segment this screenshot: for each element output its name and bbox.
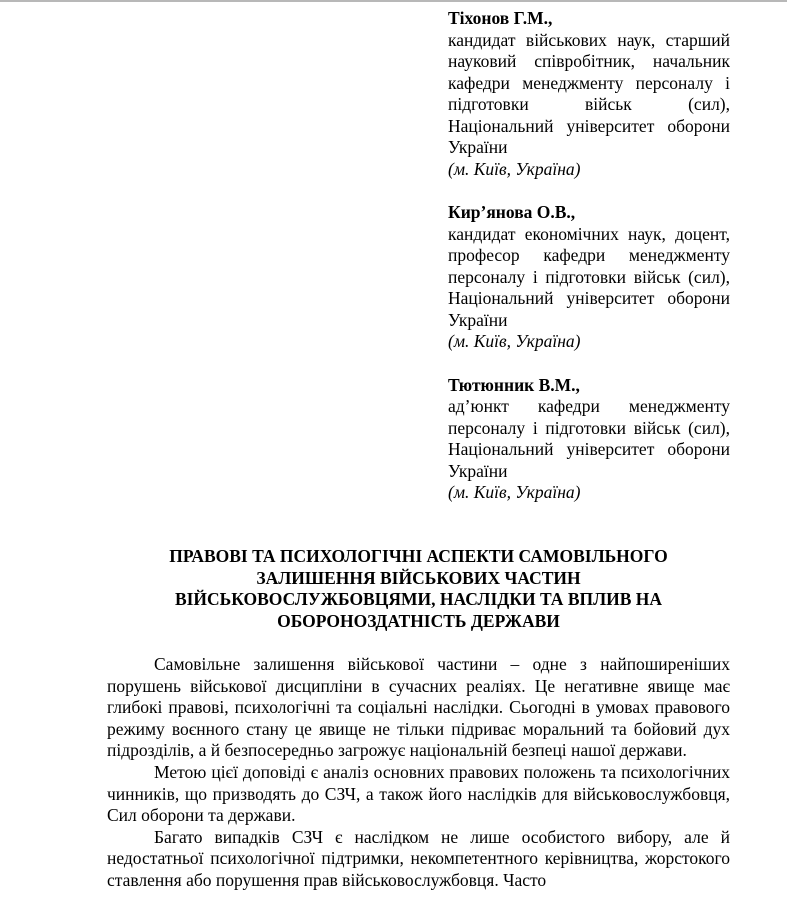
author-entry: Тіхонов Г.М., кандидат військових наук, … xyxy=(448,8,730,180)
title-line: ВІЙСЬКОВОСЛУЖБОВЦЯМИ, НАСЛІДКИ ТА ВПЛИВ … xyxy=(107,589,730,611)
author-affiliation: ад’юнкт кафедри менеджменту персоналу і … xyxy=(448,396,730,482)
title-line: ОБОРОНОЗДАТНІСТЬ ДЕРЖАВИ xyxy=(107,611,730,633)
author-affiliation: кандидат економічних наук, доцент, профе… xyxy=(448,224,730,332)
author-name: Кир’янова О.В., xyxy=(448,202,730,224)
author-entry: Тютюнник В.М., ад’юнкт кафедри менеджмен… xyxy=(448,375,730,504)
author-entry: Кир’янова О.В., кандидат економічних нау… xyxy=(448,202,730,353)
body-text: Самовільне залишення військової частини … xyxy=(107,654,730,892)
author-name: Тіхонов Г.М., xyxy=(448,8,730,30)
author-location: (м. Київ, Україна) xyxy=(448,159,730,181)
author-affiliation: кандидат військових наук, старший науков… xyxy=(448,30,730,159)
authors-block: Тіхонов Г.М., кандидат військових наук, … xyxy=(448,8,730,526)
page-top-border xyxy=(0,0,787,2)
paragraph: Багато випадків СЗЧ є наслідком не лише … xyxy=(107,827,730,892)
author-name: Тютюнник В.М., xyxy=(448,375,730,397)
paragraph: Самовільне залишення військової частини … xyxy=(107,654,730,762)
title-line: ПРАВОВІ ТА ПСИХОЛОГІЧНІ АСПЕКТИ САМОВІЛЬ… xyxy=(107,546,730,568)
author-location: (м. Київ, Україна) xyxy=(448,482,730,504)
author-location: (м. Київ, Україна) xyxy=(448,331,730,353)
paper-title: ПРАВОВІ ТА ПСИХОЛОГІЧНІ АСПЕКТИ САМОВІЛЬ… xyxy=(107,546,730,632)
title-line: ЗАЛИШЕННЯ ВІЙСЬКОВИХ ЧАСТИН xyxy=(107,568,730,590)
paragraph: Метою цієї доповіді є аналіз основних пр… xyxy=(107,762,730,827)
